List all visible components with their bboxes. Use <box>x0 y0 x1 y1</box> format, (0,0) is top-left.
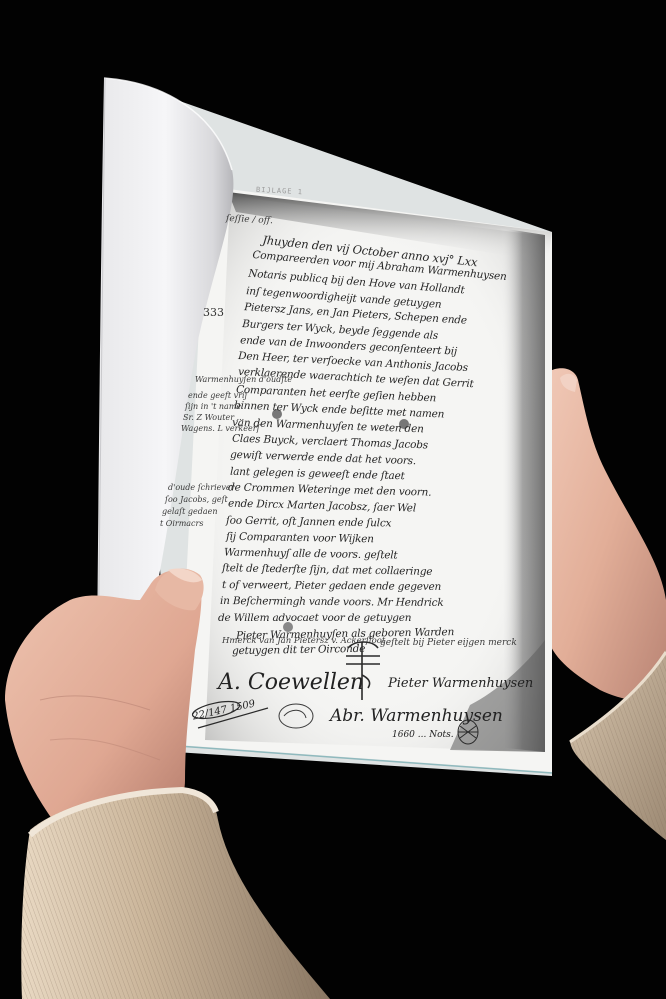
merchant-mark-icon <box>346 642 380 700</box>
notary-seal-icon <box>458 720 478 744</box>
date-flourish-lines <box>191 698 268 728</box>
signature-marks <box>0 0 666 999</box>
photo-scene: BIJLAGE 1 ſeſſie / off. 333 Jhuyden den … <box>0 0 666 999</box>
document-content: BIJLAGE 1 ſeſſie / off. 333 Jhuyden den … <box>0 0 666 999</box>
seal-flourish-icon <box>279 704 313 728</box>
